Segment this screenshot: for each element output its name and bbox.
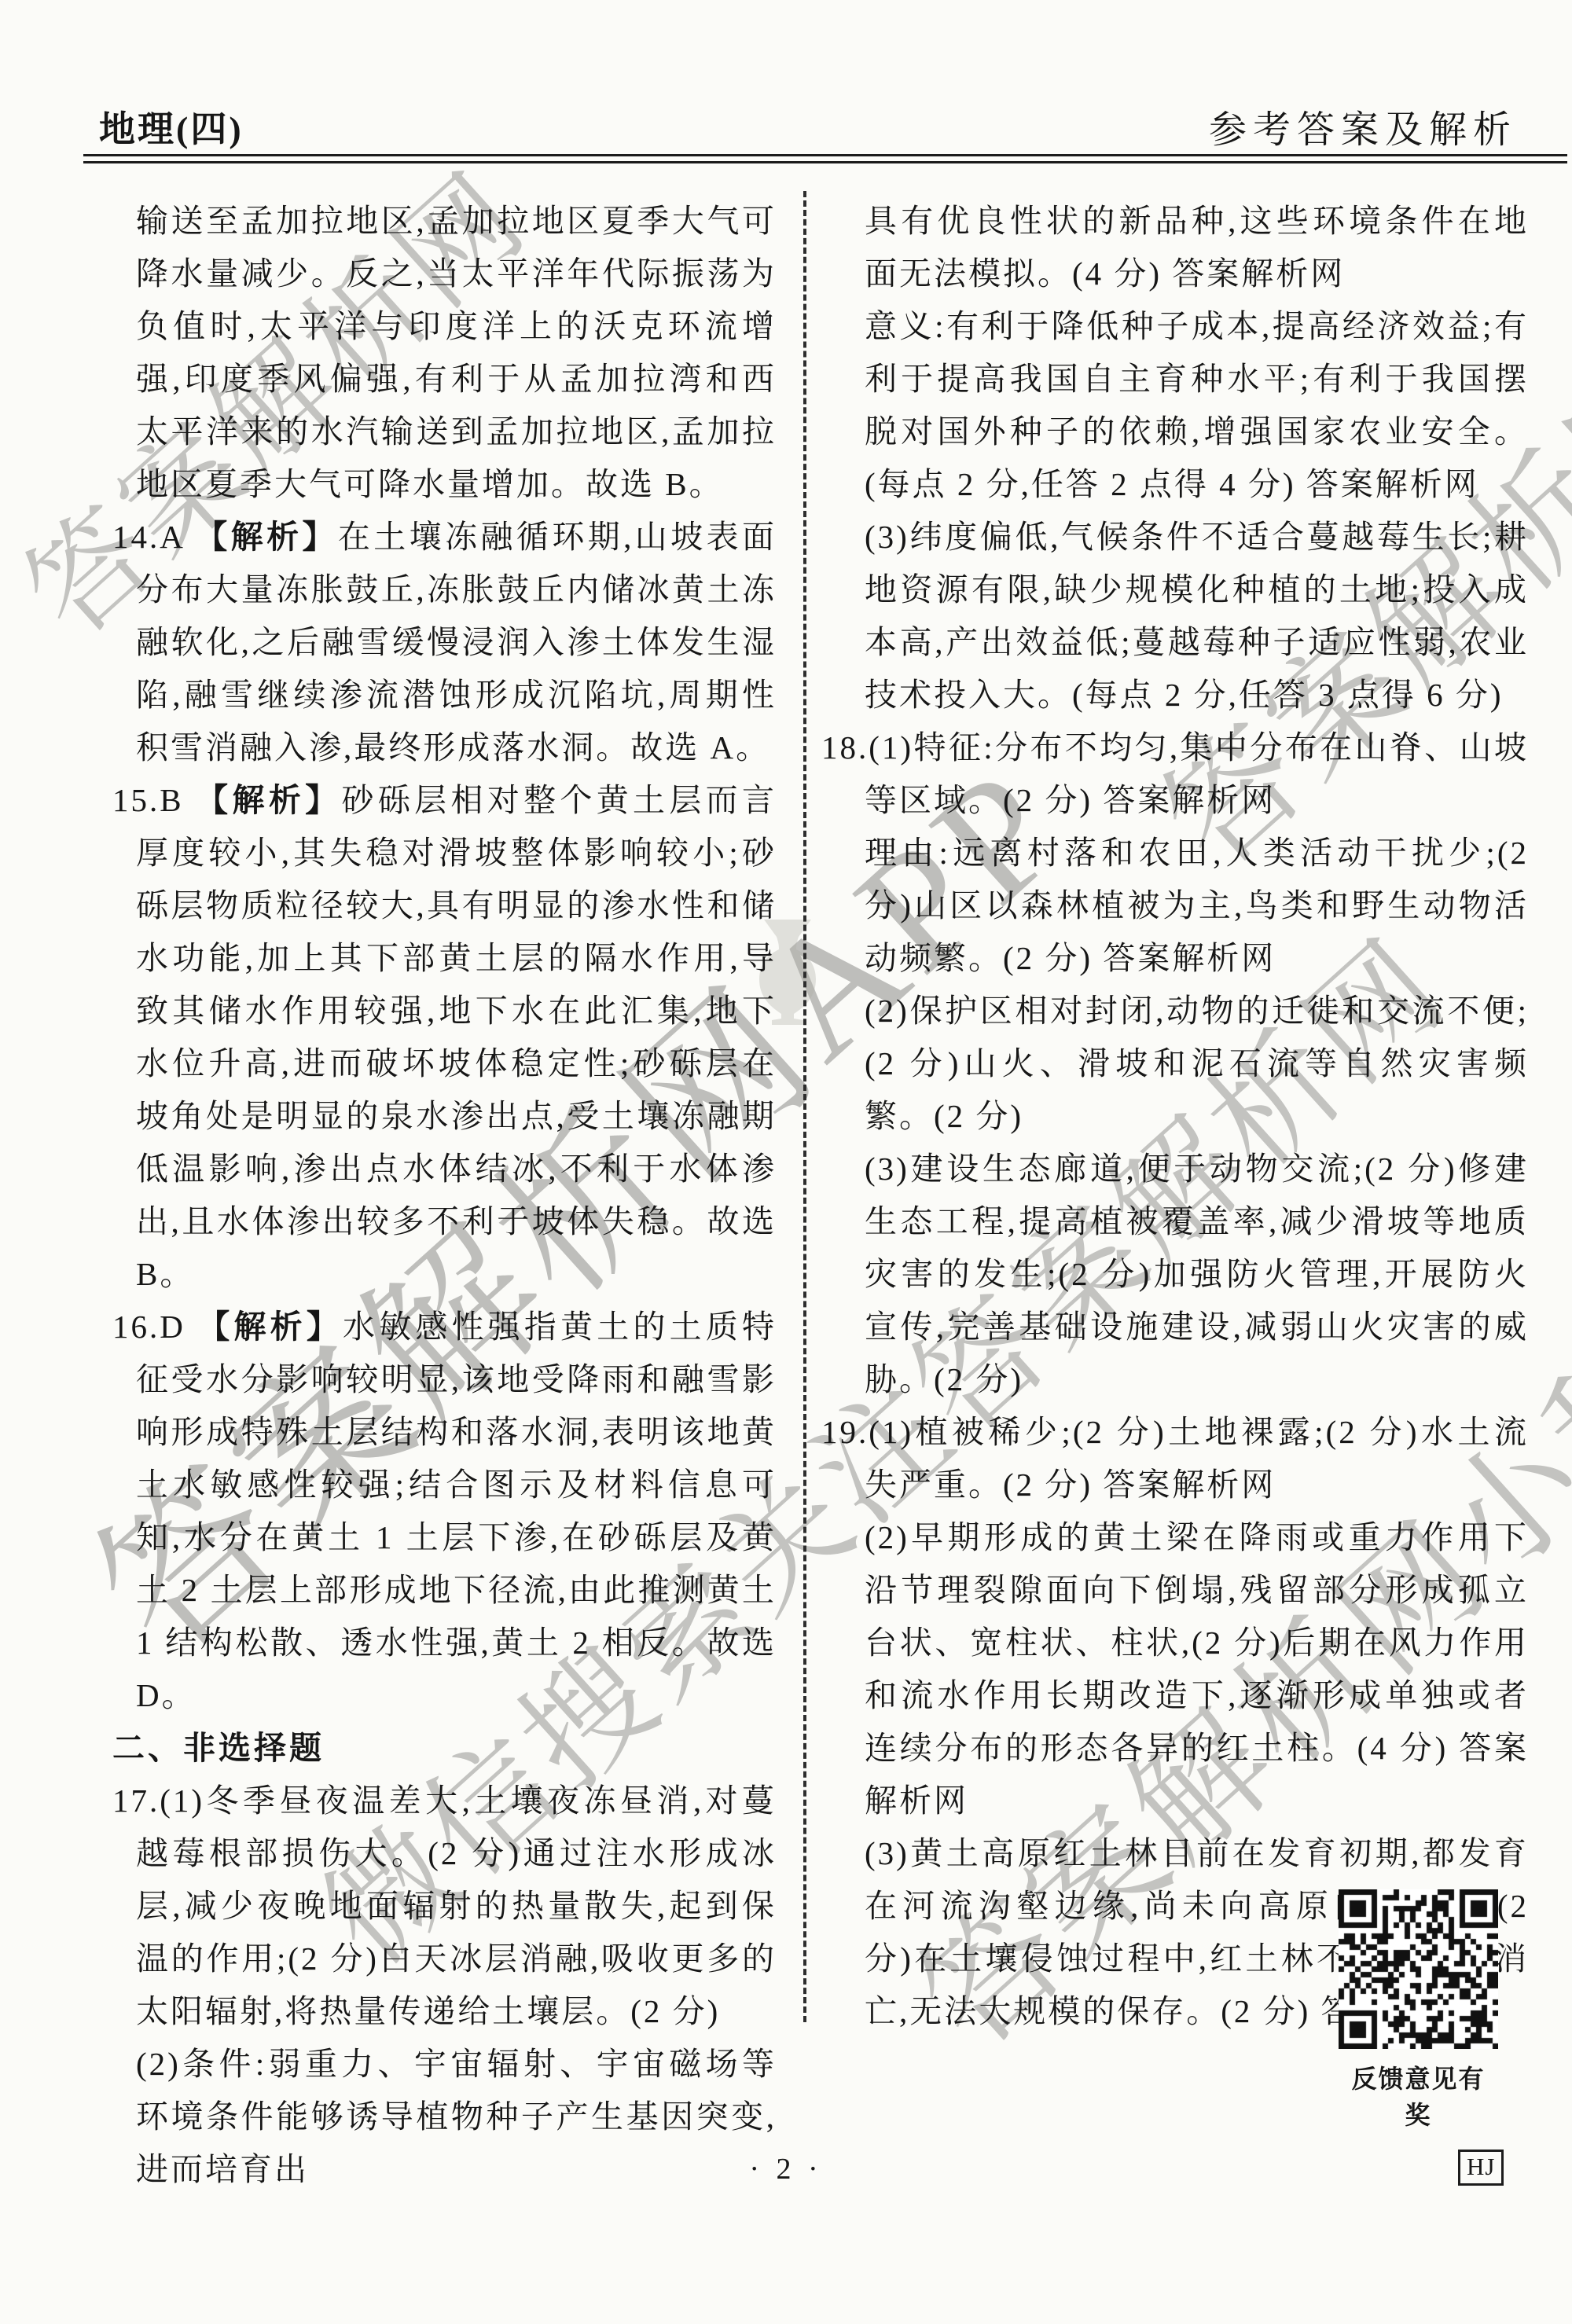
page-number: · 2 · — [0, 2152, 1572, 2186]
answer-paragraph: (2)保护区相对封闭,动物的迁徙和交流不便;(2 分)山火、滑坡和泥石流等自然灾… — [821, 985, 1529, 1143]
publisher-code-badge: HJ — [1458, 2150, 1504, 2186]
qr-block: 反馈意见有奖 — [1339, 1889, 1498, 2131]
page-title: 地理(四) — [99, 101, 244, 152]
column-divider — [803, 191, 806, 2022]
answer-paragraph: 理由:远离村落和农田,人类活动干扰少;(2 分)山区以森林植被为主,鸟类和野生动… — [821, 827, 1529, 985]
answer-paragraph: 19.(1)植被稀少;(2 分)土地裸露;(2 分)水土流失严重。(2 分) 答… — [821, 1406, 1529, 1511]
header-divider — [83, 154, 1567, 163]
qr-code — [1339, 1889, 1498, 2049]
answer-paragraph: 14.A 【解析】在土壤冻融循环期,山坡表面分布大量冻胀鼓丘,冻胀鼓丘内储冰黄土… — [112, 511, 777, 774]
answer-paragraph: 输送至孟加拉地区,孟加拉地区夏季大气可降水量减少。反之,当太平洋年代际振荡为负值… — [112, 195, 777, 511]
header-subtitle: 参考答案及解析 — [1209, 99, 1517, 153]
answer-paragraph: 17.(1)冬季昼夜温差大,土壤夜冻昼消,对蔓越莓根部损伤大。(2 分)通过注水… — [112, 1775, 777, 2038]
answer-paragraph: 18.(1)特征:分布不均匀,集中分布在山脊、山坡等区域。(2 分) 答案解析网 — [821, 721, 1529, 827]
answer-paragraph: 16.D 【解析】水敏感性强指黄土的土质特征受水分影响较明显,该地受降雨和融雪影… — [112, 1301, 777, 1722]
qr-caption: 反馈意见有奖 — [1339, 2059, 1498, 2131]
answer-paragraph: (3)纬度偏低,气候条件不适合蔓越莓生长;耕地资源有限,缺少规模化种植的土地;投… — [821, 511, 1529, 721]
answer-paragraph: 具有优良性状的新品种,这些环境条件在地面无法模拟。(4 分) 答案解析网 — [821, 195, 1529, 300]
left-column: 输送至孟加拉地区,孟加拉地区夏季大气可降水量减少。反之,当太平洋年代际振荡为负值… — [112, 195, 777, 2196]
right-column: 具有优良性状的新品种,这些环境条件在地面无法模拟。(4 分) 答案解析网意义:有… — [821, 195, 1529, 2038]
document-page: 地理(四) 参考答案及解析 答案解析网答案解析网APP答案解析网微信搜索关注答案… — [0, 0, 1572, 2324]
answer-paragraph: (3)建设生态廊道,便于动物交流;(2 分)修建生态工程,提高植被覆盖率,减少滑… — [821, 1143, 1529, 1406]
answer-paragraph: 意义:有利于降低种子成本,提高经济效益;有利于提高我国自主育种水平;有利于我国摆… — [821, 300, 1529, 511]
section-heading: 二、非选择题 — [112, 1722, 777, 1775]
answer-paragraph: (2)早期形成的黄土梁在降雨或重力作用下沿节理裂隙面向下倒塌,残留部分形成孤立台… — [821, 1511, 1529, 1827]
answer-paragraph: 15.B 【解析】砂砾层相对整个黄土层而言厚度较小,其失稳对滑坡整体影响较小;砂… — [112, 774, 777, 1301]
